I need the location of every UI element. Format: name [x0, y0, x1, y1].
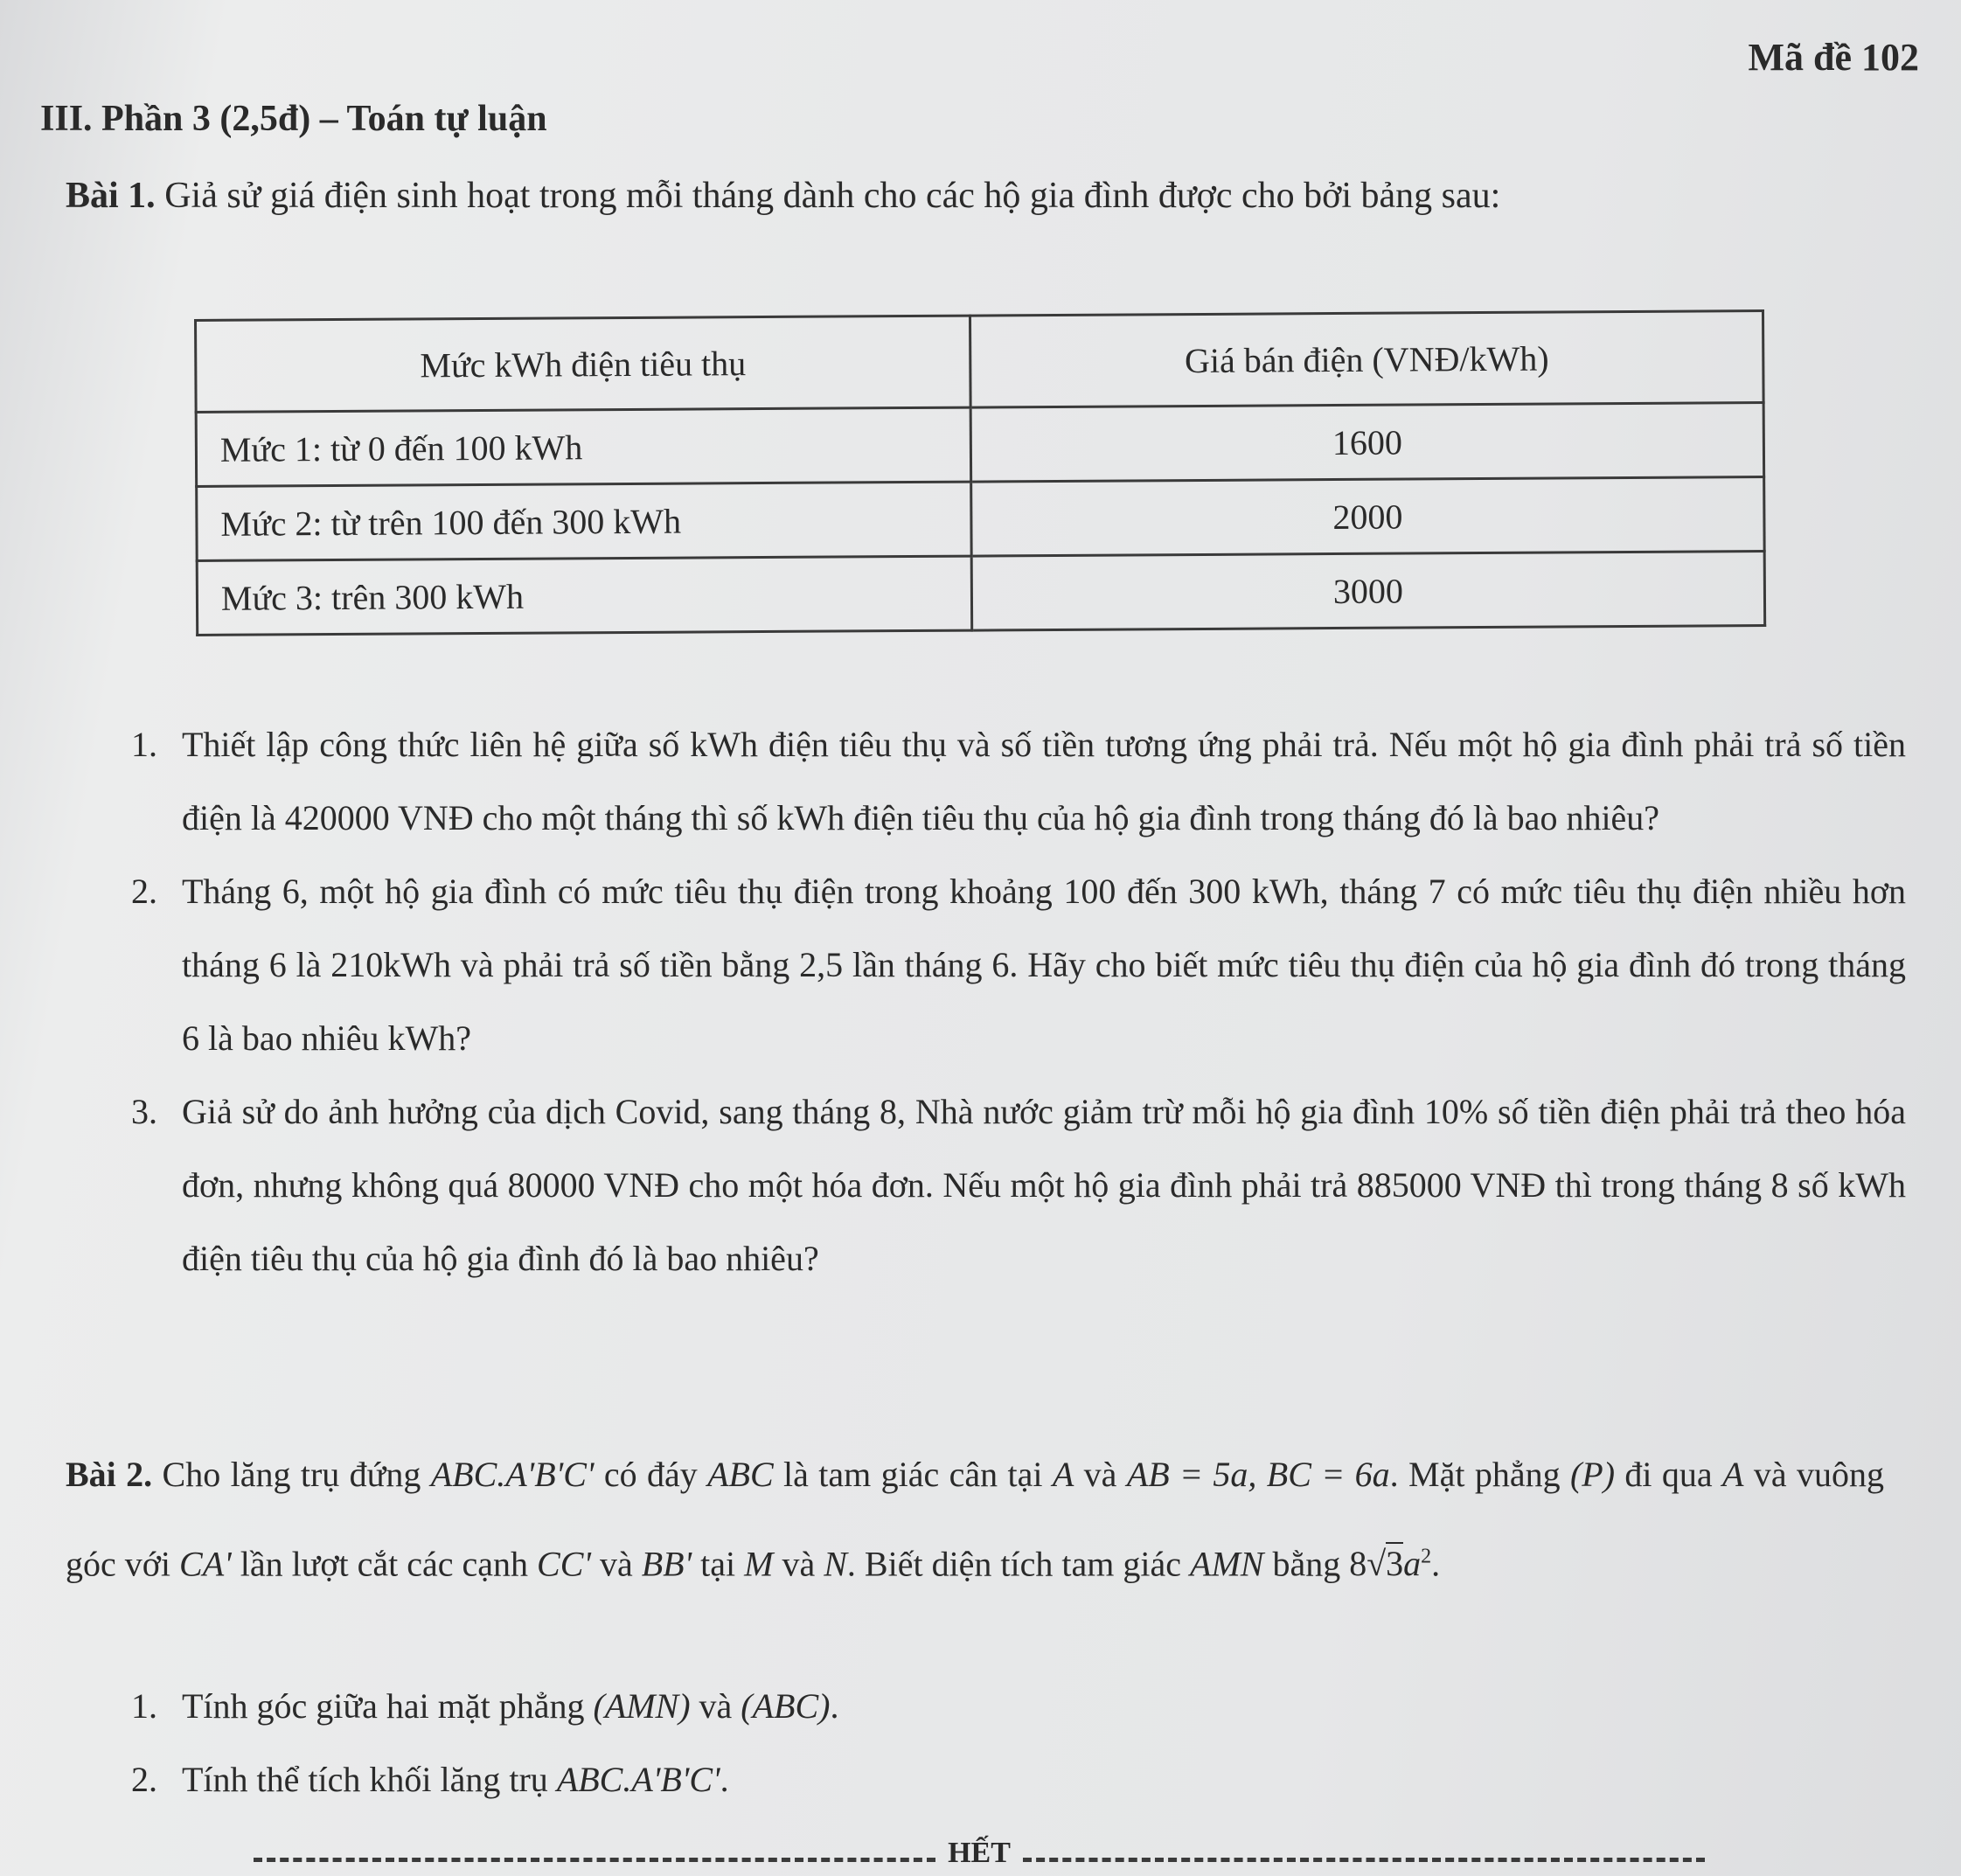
text: Cho lăng trụ đứng	[163, 1455, 431, 1494]
question-text: Tháng 6, một hộ gia đình có mức tiêu thụ…	[182, 855, 1906, 1075]
text: . Mặt phẳng	[1390, 1455, 1570, 1494]
radicand: 3	[1386, 1542, 1403, 1583]
text: và	[773, 1544, 824, 1583]
text: và	[591, 1544, 642, 1583]
math-expr: AMN	[1190, 1544, 1263, 1583]
tier-price: 3000	[971, 552, 1765, 631]
question-item: 3. Giả sử do ảnh hưởng của dịch Covid, s…	[131, 1075, 1906, 1296]
area-expression: 8√3a2	[1349, 1544, 1431, 1583]
math-expr: ABC	[707, 1455, 774, 1494]
text: tại	[692, 1544, 744, 1583]
exponent: 2	[1421, 1546, 1431, 1568]
problem2-label: Bài 2.	[66, 1455, 152, 1494]
electricity-price-table: Mức kWh điện tiêu thụ Giá bán điện (VNĐ/…	[194, 309, 1766, 636]
math-expr: M	[744, 1544, 773, 1583]
text: .	[830, 1686, 838, 1726]
math-expr: A	[1722, 1455, 1743, 1494]
exam-page: Mã đề 102 III. Phần 3 (2,5đ) – Toán tự l…	[0, 0, 1961, 1876]
question-number: 3.	[131, 1075, 182, 1296]
question-number: 2.	[131, 1759, 182, 1800]
problem1-label: Bài 1.	[66, 176, 156, 216]
math-expr: CC'	[537, 1544, 591, 1583]
table-header: Giá bán điện (VNĐ/kWh)	[970, 311, 1763, 408]
exam-code: Mã đề 102	[1748, 35, 1919, 80]
text: Tính góc giữa hai mặt phẳng	[182, 1686, 593, 1726]
math-expr: (AMN)	[593, 1686, 690, 1726]
problem2-statement: Bài 2. Cho lăng trụ đứng ABC.A'B'C' có đ…	[66, 1434, 1884, 1605]
problem1-intro-text: Giả sử giá điện sinh hoạt trong mỗi thán…	[164, 176, 1500, 216]
question-item: 2. Tháng 6, một hộ gia đình có mức tiêu …	[131, 855, 1906, 1075]
problem2-question-1: 1. Tính góc giữa hai mặt phẳng (AMN) và …	[131, 1685, 838, 1727]
math-expr: (ABC)	[741, 1686, 830, 1726]
table-row: Mức 3: trên 300 kWh 3000	[197, 552, 1764, 636]
table-header: Mức kWh điện tiêu thụ	[196, 316, 971, 412]
question-text: Tính thể tích khối lăng trụ ABC.A'B'C'.	[182, 1759, 729, 1800]
problem2-question-2: 2. Tính thể tích khối lăng trụ ABC.A'B'C…	[131, 1759, 729, 1800]
question-text: Thiết lập công thức liên hệ giữa số kWh …	[182, 708, 1906, 855]
math-expr: A	[1053, 1455, 1074, 1494]
question-number: 1.	[131, 1685, 182, 1727]
text: và	[1074, 1455, 1127, 1494]
tier-label: Mức 3: trên 300 kWh	[197, 556, 972, 635]
math-expr: N	[824, 1544, 847, 1583]
coefficient: 8	[1349, 1544, 1366, 1583]
tier-label: Mức 2: từ trên 100 đến 300 kWh	[197, 482, 972, 560]
table-row: Mức 1: từ 0 đến 100 kWh 1600	[196, 403, 1763, 487]
math-expr: ABC.A'B'C'	[431, 1455, 595, 1494]
text: bằng	[1263, 1544, 1349, 1583]
problem1-questions: 1. Thiết lập công thức liên hệ giữa số k…	[131, 708, 1906, 1296]
text: là tam giác cân tại	[774, 1455, 1053, 1494]
end-label: HẾT	[935, 1837, 1023, 1870]
math-expr: BB'	[642, 1544, 692, 1583]
text: lần lượt cắt các cạnh	[232, 1544, 537, 1583]
text: . Biết diện tích tam giác	[847, 1544, 1190, 1583]
question-text: Giả sử do ảnh hưởng của dịch Covid, sang…	[182, 1075, 1906, 1296]
text: và	[691, 1686, 741, 1726]
text: có đáy	[594, 1455, 707, 1494]
question-item: 1. Thiết lập công thức liên hệ giữa số k…	[131, 708, 1906, 855]
question-text: Tính góc giữa hai mặt phẳng (AMN) và (AB…	[182, 1685, 838, 1727]
text: .	[720, 1760, 729, 1799]
tier-price: 1600	[970, 403, 1764, 483]
text: Tính thể tích khối lăng trụ	[182, 1760, 557, 1799]
question-number: 2.	[131, 855, 182, 1075]
math-expr: (P)	[1570, 1455, 1615, 1494]
section-title: III. Phần 3 (2,5đ) – Toán tự luận	[40, 98, 547, 140]
end-marker: HẾT	[254, 1836, 1705, 1871]
variable: a	[1403, 1544, 1421, 1583]
tier-label: Mức 1: từ 0 đến 100 kWh	[196, 407, 971, 486]
table-header-row: Mức kWh điện tiêu thụ Giá bán điện (VNĐ/…	[196, 311, 1764, 413]
math-expr: CA'	[179, 1544, 232, 1583]
question-number: 1.	[131, 708, 182, 855]
divider	[1023, 1858, 1705, 1862]
text: .	[1431, 1544, 1440, 1583]
text: đi qua	[1615, 1455, 1722, 1494]
sqrt-symbol: √	[1366, 1544, 1386, 1583]
tier-price: 2000	[971, 477, 1765, 557]
divider	[254, 1858, 935, 1862]
math-expr: ABC.A'B'C'	[557, 1760, 720, 1799]
table-row: Mức 2: từ trên 100 đến 300 kWh 2000	[197, 477, 1764, 561]
problem1-intro: Bài 1. Giả sử giá điện sinh hoạt trong m…	[66, 175, 1500, 217]
math-expr: AB = 5a, BC = 6a	[1127, 1455, 1390, 1494]
